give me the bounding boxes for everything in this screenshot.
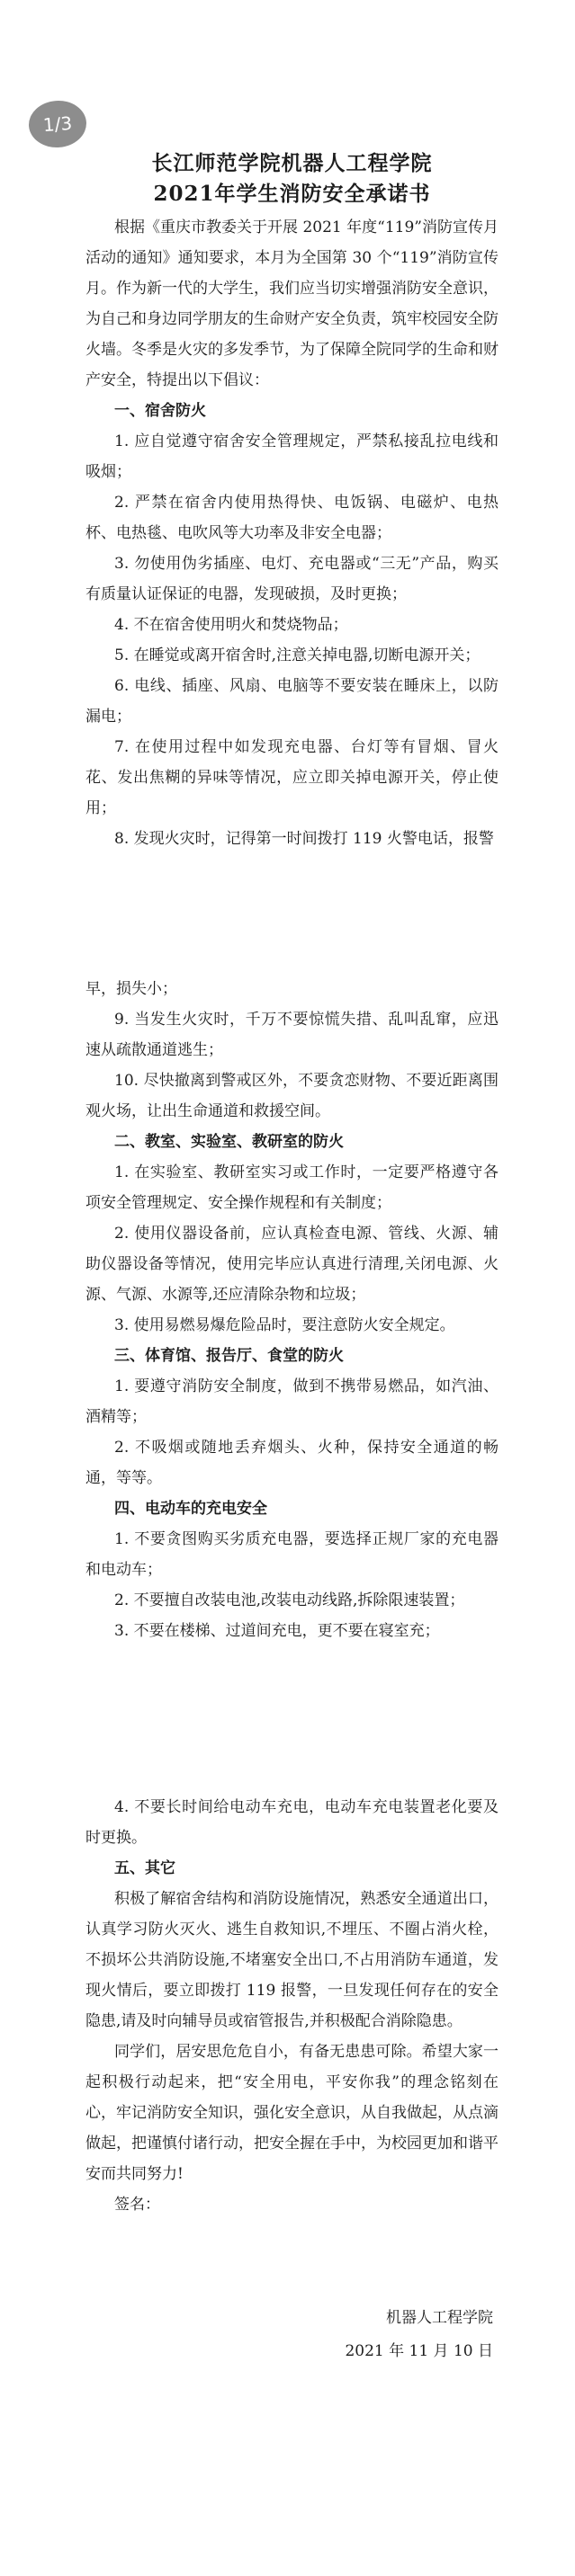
page-3-body: 4. 不要长时间给电动车充电，电动车充电装置老化要及时更换。 五、其它 积极了解… bbox=[85, 1792, 499, 2220]
list-item: 10. 尽快撤离到警戒区外，不要贪恋财物、不要近距离围观火场，让出生命通道和救援… bbox=[85, 1065, 499, 1127]
list-item: 2. 使用仪器设备前，应认真检查电源、管线、火源、辅助仪器设备等情况，使用完毕应… bbox=[85, 1218, 499, 1310]
section-5-heading: 五、其它 bbox=[85, 1853, 499, 1884]
list-item: 8. 发现火灾时，记得第一时间拨打 119 火警电话，报警 bbox=[85, 824, 499, 854]
list-item: 3. 使用易燃易爆危险品时，要注意防火安全规定。 bbox=[85, 1310, 499, 1341]
body-paragraph: 同学们，居安思危危自小，有备无患患可除。希望大家一起积极行动起来，把“安全用电，… bbox=[85, 2037, 499, 2189]
title-line-1: 长江师范学院机器人工程学院 bbox=[85, 148, 499, 179]
list-item: 1. 在实验室、教研室实习或工作时，一定要严格遵守各项安全管理规定、安全操作规程… bbox=[85, 1157, 499, 1218]
list-item: 4. 不要长时间给电动车充电，电动车充电装置老化要及时更换。 bbox=[85, 1792, 499, 1853]
section-3-heading: 三、体育馆、报告厅、食堂的防火 bbox=[85, 1341, 499, 1371]
list-item: 5. 在睡觉或离开宿舍时,注意关掉电器,切断电源开关； bbox=[85, 640, 499, 671]
intro-paragraph: 根据《重庆市教委关于开展 2021 年度“119”消防宣传月活动的通知》通知要求… bbox=[85, 212, 499, 396]
document-page: 1/3 长江师范学院机器人工程学院 2021年学生消防安全承诺书 根据《重庆市教… bbox=[0, 0, 575, 2576]
page-2-body: 早，损失小； 9. 当发生火灾时，千万不要惊慌失措、乱叫乱窜，应迅速从疏散通道逃… bbox=[85, 974, 499, 1646]
closing-org: 机器人工程学院 bbox=[85, 2302, 493, 2335]
body-paragraph: 积极了解宿舍结构和消防设施情况，熟悉安全通道出口，认真学习防火灭火、逃生自救知识… bbox=[85, 1884, 499, 2037]
page-count-badge: 1/3 bbox=[27, 99, 87, 149]
section-1-heading: 一、宿舍防火 bbox=[85, 396, 499, 426]
list-item: 1. 要遵守消防安全制度，做到不携带易燃品，如汽油、酒精等； bbox=[85, 1371, 499, 1432]
list-item: 2. 不吸烟或随地丢弃烟头、火种，保持安全通道的畅通，等等。 bbox=[85, 1432, 499, 1493]
closing-date: 2021 年 11 月 10 日 bbox=[85, 2335, 493, 2368]
list-item: 2. 不要擅自改装电池,改装电动线路,拆除限速装置； bbox=[85, 1585, 499, 1616]
list-item-continuation: 早，损失小； bbox=[85, 974, 499, 1004]
signature-label: 签名： bbox=[85, 2189, 499, 2220]
list-item: 9. 当发生火灾时，千万不要惊慌失措、乱叫乱窜，应迅速从疏散通道逃生； bbox=[85, 1004, 499, 1065]
list-item: 1. 不要贪图购买劣质充电器，要选择正规厂家的充电器和电动车； bbox=[85, 1524, 499, 1585]
section-2-heading: 二、教室、实验室、教研室的防火 bbox=[85, 1127, 499, 1157]
closing-block: 机器人工程学院 2021 年 11 月 10 日 bbox=[85, 2302, 493, 2368]
list-item: 4. 不在宿舍使用明火和焚烧物品； bbox=[85, 610, 499, 640]
list-item: 7. 在使用过程中如发现充电器、台灯等有冒烟、冒火花、发出焦糊的异味等情况，应立… bbox=[85, 732, 499, 824]
title-line-2: 2021年学生消防安全承诺书 bbox=[85, 179, 499, 209]
list-item: 1. 应自觉遵守宿舍安全管理规定，严禁私接乱拉电线和吸烟； bbox=[85, 426, 499, 487]
document-title: 长江师范学院机器人工程学院 2021年学生消防安全承诺书 bbox=[85, 148, 499, 209]
list-item: 2. 严禁在宿舍内使用热得快、电饭锅、电磁炉、电热杯、电热毯、电吹风等大功率及非… bbox=[85, 487, 499, 548]
list-item: 3. 不要在楼梯、过道间充电，更不要在寝室充； bbox=[85, 1616, 499, 1646]
page-1-body: 根据《重庆市教委关于开展 2021 年度“119”消防宣传月活动的通知》通知要求… bbox=[85, 212, 499, 854]
list-item: 3. 勿使用伪劣插座、电灯、充电器或“三无”产品，购买有质量认证保证的电器，发现… bbox=[85, 548, 499, 610]
list-item: 6. 电线、插座、风扇、电脑等不要安装在睡床上，以防漏电； bbox=[85, 671, 499, 732]
section-4-heading: 四、电动车的充电安全 bbox=[85, 1493, 499, 1524]
